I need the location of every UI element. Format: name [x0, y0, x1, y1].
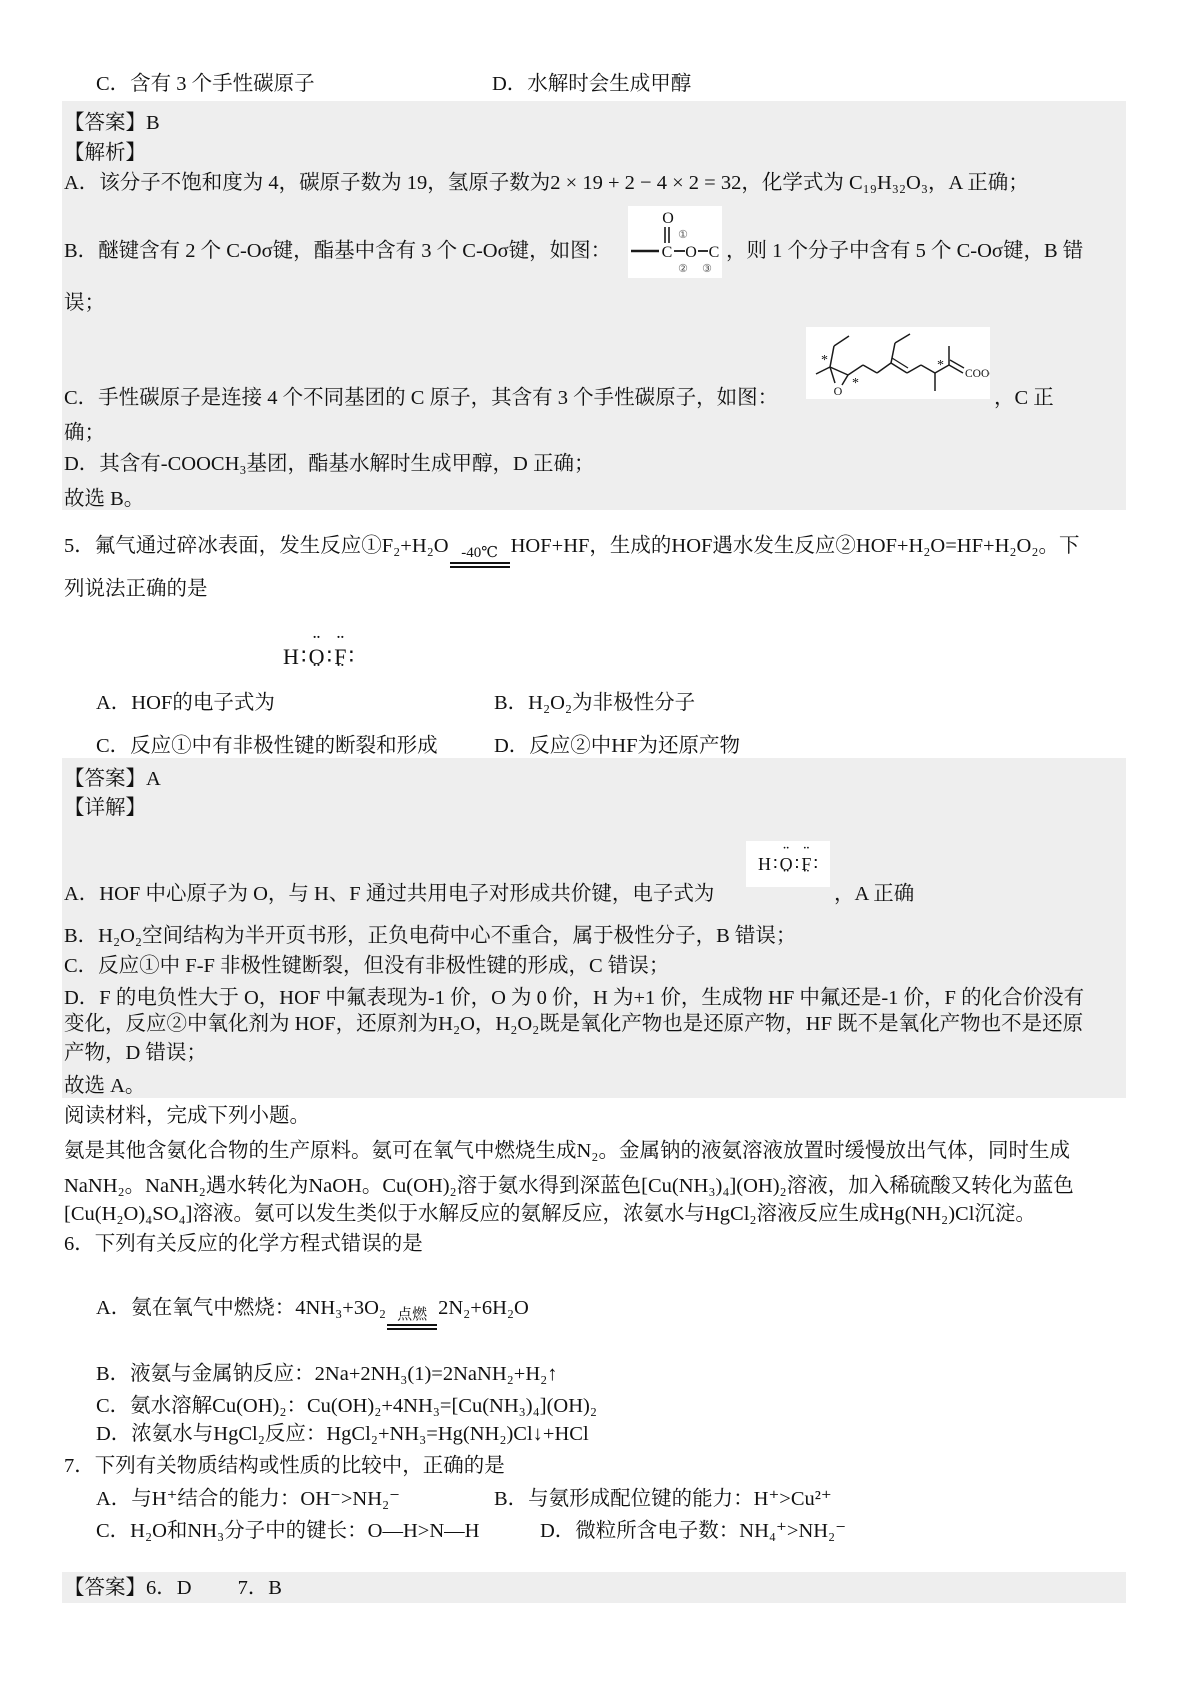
lewis-bond-pair: ∶	[813, 856, 818, 872]
epoxide-o-label: O	[834, 384, 843, 398]
lewis-bond-pair: ∶	[773, 856, 778, 872]
q5-detail-label: 【详解】	[64, 797, 146, 820]
q7-option-b: B．与氨形成配位键的能力：H⁺>Cu²⁺	[494, 1488, 832, 1511]
q5-answer-label: 【答案】A	[64, 768, 161, 791]
q4-analysis-label: 【解析】	[64, 142, 146, 165]
q6-condition-text: 点燃	[393, 1308, 431, 1323]
q5-explanation-b: B．H₂O₂空间结构为半开页书形，正负电荷中心不重合，属于极性分子，B 错误；	[64, 925, 796, 948]
q4-explanation-a: A．该分子不饱和度为 4，碳原子数为 19，氢原子数为2 × 19 + 2 − …	[64, 172, 1029, 195]
q5-double-bond-line	[450, 562, 510, 568]
ester-group-structure: O ① C ② O ③ C	[628, 206, 722, 278]
material-para1: 氨是其他含氨化合物的生产原料。氨可在氧气中燃烧生成N₂。金属钠的液氨溶液放置时缓…	[64, 1140, 1070, 1163]
q7-stem: 7．下列有关物质结构或性质的比较中，正确的是	[64, 1455, 505, 1478]
ester-o-top-label: O	[662, 210, 674, 227]
answer-q6: 6．D	[146, 1577, 192, 1599]
ester-c1-label: C	[662, 244, 673, 261]
lewis-bond-pair: ∶	[301, 647, 307, 667]
q4-explanation-c-wrap: 确；	[64, 422, 105, 445]
q6-option-a: A．氨在氧气中燃烧：4NH₃+3O₂点燃2N₂+6H₂O	[96, 1297, 529, 1330]
chiral-star-1: *	[821, 353, 828, 368]
q4-explanation-c-post: ，C 正	[994, 387, 1054, 410]
q7-option-a: A．与H⁺结合的能力：OH⁻>NH₂⁻	[96, 1488, 400, 1511]
q4-conclusion: 故选 B。	[64, 488, 144, 511]
q5-stem-line2: 列说法正确的是	[64, 578, 208, 601]
ester-o-mid-label: O	[685, 244, 697, 261]
lewis-bond-pair: ∶	[349, 647, 355, 667]
q7-option-c: C．H₂O和NH₃分子中的键长：O—H>N—H	[96, 1520, 479, 1543]
ester-group-diagram: O ① C ② O ③ C	[628, 206, 722, 278]
q4-explanation-c-pre: C．手性碳原子是连接 4 个不同基团的 C 原子，其含有 3 个手性碳原子，如图…	[64, 387, 778, 410]
q4-option-c: C．含有 3 个手性碳原子	[96, 73, 315, 96]
chiral-star-2: *	[852, 376, 859, 391]
q5-explanation-d1: D．F 的电负性大于 O，HOF 中氟表现为-1 价，O 为 0 价，H 为+1…	[64, 987, 1084, 1010]
material-para3: [Cu(H₂O)₄SO₄]溶液。氨可以发生类似于水解反应的氨解反应，浓氨水与Hg…	[64, 1203, 1036, 1226]
lewis-lone-pair: ¨	[337, 667, 344, 675]
q5-condition-text: -40℃	[457, 546, 502, 561]
q4-explanation-b-pre: B．醚键含有 2 个 C-Oσ键，酯基中含有 3 个 C-Oσ键，如图：	[64, 240, 611, 263]
q5-option-a: A．HOF的电子式为	[96, 692, 275, 715]
q5-explanation-d3: 产物，D 错误；	[64, 1042, 207, 1065]
q5-stem-pre: 5．氟气通过碎冰表面，发生反应①F₂+H₂O	[64, 535, 449, 557]
q7-option-d: D．微粒所含电子数：NH₄⁺>NH₂⁻	[540, 1520, 846, 1543]
answer-block-q4	[62, 101, 1126, 510]
q5-explanation-d2: 变化，反应②中氧化剂为 HOF，还原剂为H₂O，H₂O₂既是氧化产物也是还原产物…	[64, 1013, 1083, 1036]
q6-reaction-condition: 点燃	[387, 1308, 437, 1330]
exam-document-page: C．含有 3 个手性碳原子 D．水解时会生成甲醇 【答案】B 【解析】 A．该分…	[0, 0, 1190, 1683]
q5-option-c: C．反应①中有非极性键的断裂和形成	[96, 735, 438, 758]
answers-label: 【答案】	[64, 1577, 146, 1599]
q5-reaction-condition: -40℃	[450, 546, 510, 568]
q6-option-a-pre: A．氨在氧气中燃烧：4NH₃+3O₂	[96, 1297, 386, 1319]
hof-lewis-small: H ∶ ¨O¨ ∶ ¨F¨ ∶	[758, 849, 818, 879]
lewis-bond-pair: ∶	[327, 647, 333, 667]
lewis-bond-pair: ∶	[795, 856, 800, 872]
cooch3-label: COOCH₃	[965, 368, 990, 380]
q5-option-d: D．反应②中HF为还原产物	[494, 735, 740, 758]
chiral-molecule-structure: O * * * COOCH₃	[806, 327, 990, 399]
q6-option-d: D．浓氨水与HgCl₂反应：HgCl₂+NH₃=Hg(NH₂)Cl↓+HCl	[96, 1423, 589, 1446]
q4-explanation-d: D．其含有-COOCH₃基团，酯基水解时生成甲醇，D 正确；	[64, 453, 594, 476]
ester-c2-label: C	[709, 244, 720, 261]
q6-stem: 6．下列有关反应的化学方程式错误的是	[64, 1233, 423, 1256]
lewis-h: H	[283, 647, 299, 667]
q5-explanation-c: C．反应①中 F-F 非极性键断裂，但没有非极性键的形成，C 错误；	[64, 955, 669, 978]
lewis-lone-pair: ¨	[313, 667, 320, 675]
q6-q7-answer-line: 【答案】6．D7．B	[64, 1577, 282, 1600]
ester-bond-1-number: ①	[678, 228, 688, 241]
chiral-molecule-diagram: O * * * COOCH₃	[806, 327, 990, 399]
q5-explanation-a-post: ，A 正确	[834, 883, 914, 906]
ester-bond-3-number: ③	[702, 262, 712, 275]
q5-stem-post: HOF+HF，生成的HOF遇水发生反应②HOF+H₂O=HF+H₂O₂。下	[511, 535, 1080, 557]
material-intro: 阅读材料，完成下列小题。	[64, 1105, 310, 1128]
q4-explanation-b-wrap: 误；	[64, 292, 105, 315]
q5-explanation-a-pre: A．HOF 中心原子为 O，与 H、F 通过共用电子对形成共价键，电子式为	[64, 883, 714, 906]
answer-q7: 7．B	[238, 1577, 282, 1599]
lewis-lone-pair: ¨	[803, 872, 809, 879]
hof-lewis: H ∶ ¨O¨ ∶ ¨F¨ ∶	[283, 639, 354, 675]
q6-option-a-post: 2N₂+6H₂O	[438, 1297, 529, 1319]
hof-lewis-structure-small-box: H ∶ ¨O¨ ∶ ¨F¨ ∶	[746, 841, 830, 887]
q5-option-b: B．H₂O₂为非极性分子	[494, 692, 695, 715]
hof-lewis-structure-large: H ∶ ¨O¨ ∶ ¨F¨ ∶	[283, 630, 354, 675]
material-para2: NaNH₂。NaNH₂遇水转化为NaOH。Cu(OH)₂溶于氨水得到深蓝色[Cu…	[64, 1175, 1074, 1198]
q4-answer-label: 【答案】B	[64, 112, 160, 135]
q4-option-d: D．水解时会生成甲醇	[492, 73, 691, 96]
lewis-lone-pair: ¨	[783, 872, 789, 879]
ester-bond-2-number: ②	[678, 262, 688, 275]
q5-stem: 5．氟气通过碎冰表面，发生反应①F₂+H₂O-40℃HOF+HF，生成的HOF遇…	[64, 535, 1079, 568]
q6-double-bond-line	[387, 1324, 437, 1330]
q4-explanation-b-post: ，则 1 个分子中含有 5 个 C-Oσ键，B 错	[726, 240, 1083, 263]
q6-option-b: B．液氨与金属钠反应：2Na+2NH₃(1)=2NaNH₂+H₂↑	[96, 1363, 558, 1386]
q6-option-c: C．氨水溶解Cu(OH)₂：Cu(OH)₂+4NH₃=[Cu(NH₃)₄](OH…	[96, 1395, 597, 1418]
lewis-h: H	[758, 856, 771, 872]
q5-conclusion: 故选 A。	[64, 1075, 145, 1098]
